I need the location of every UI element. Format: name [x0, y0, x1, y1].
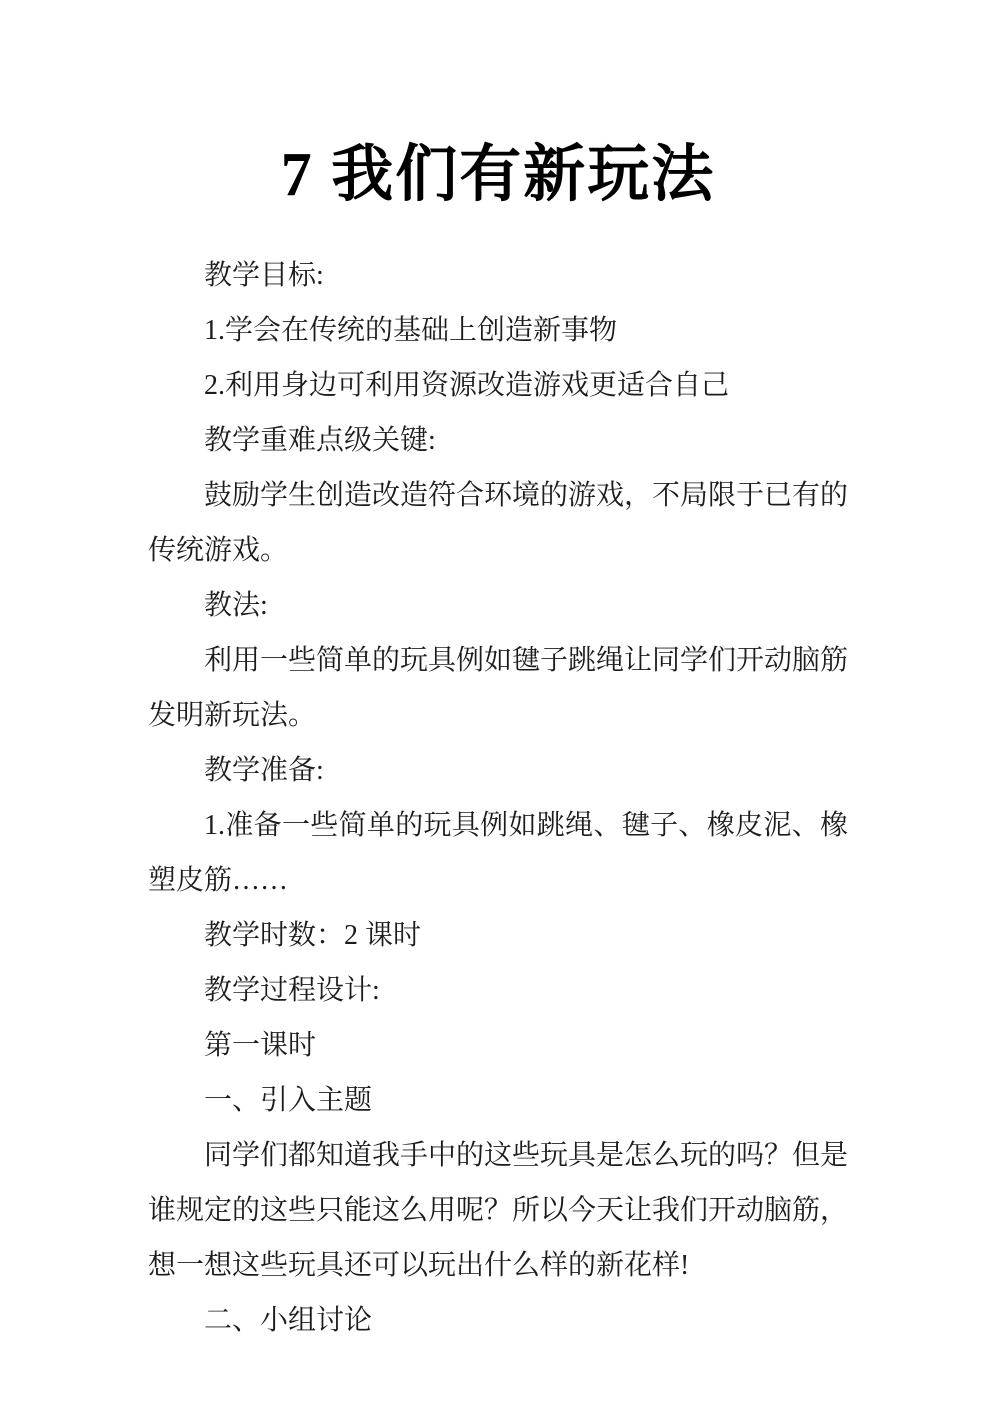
- paragraph-method-heading: 教法:: [148, 578, 848, 633]
- paragraph-key-points-heading: 教学重难点级关键:: [148, 413, 848, 468]
- paragraph-preparation-heading: 教学准备:: [148, 743, 848, 798]
- document-title: 7 我们有新玩法: [148, 138, 848, 212]
- paragraph-key-points-body: 鼓励学生创造改造符合环境的游戏，不局限于已有的传统游戏。: [148, 468, 848, 578]
- paragraph-process-design-heading: 教学过程设计:: [148, 963, 848, 1018]
- paragraph-goal-1: 1.学会在传统的基础上创造新事物: [148, 303, 848, 358]
- paragraph-preparation-body: 1.准备一些简单的玩具例如跳绳、毽子、橡皮泥、橡塑皮筋……: [148, 798, 848, 908]
- paragraph-first-lesson: 第一课时: [148, 1018, 848, 1073]
- paragraph-method-body: 利用一些简单的玩具例如毽子跳绳让同学们开动脑筋发明新玩法。: [148, 633, 848, 743]
- paragraph-intro-body: 同学们都知道我手中的这些玩具是怎么玩的吗？但是谁规定的这些只能这么用呢？所以今天…: [148, 1128, 848, 1293]
- document-body: 教学目标: 1.学会在传统的基础上创造新事物 2.利用身边可利用资源改造游戏更适…: [148, 248, 848, 1348]
- document-page: 7 我们有新玩法 教学目标: 1.学会在传统的基础上创造新事物 2.利用身边可利…: [0, 0, 993, 1404]
- paragraph-goal-2: 2.利用身边可利用资源改造游戏更适合自己: [148, 358, 848, 413]
- paragraph-section-1-intro: 一、引入主题: [148, 1073, 848, 1128]
- paragraph-class-hours: 教学时数：2 课时: [148, 908, 848, 963]
- paragraph-section-2-discussion: 二、小组讨论: [148, 1293, 848, 1348]
- paragraph-teaching-goals-heading: 教学目标:: [148, 248, 848, 303]
